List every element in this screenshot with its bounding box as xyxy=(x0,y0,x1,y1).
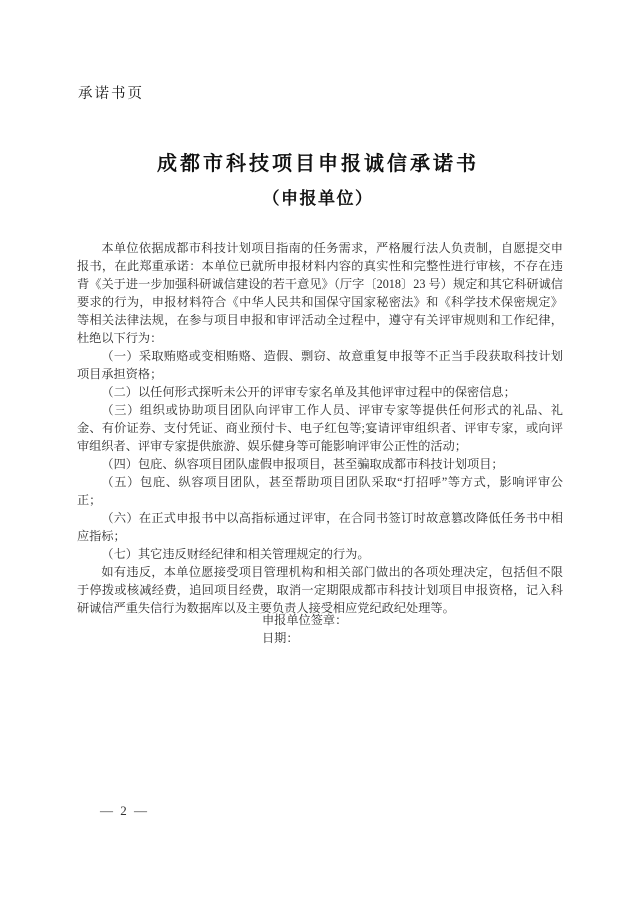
paragraph: （二）以任何形式探听未公开的评审专家名单及其他评审过程中的保密信息； xyxy=(77,383,563,401)
paragraph: （一）采取贿赂或变相贿赂、造假、剽窃、故意重复申报等不正当手段获取科技计划项目承… xyxy=(77,347,563,383)
document-page: 承诺书页 成都市科技项目申报诚信承诺书 （申报单位） 本单位依据成都市科技计划项… xyxy=(0,0,636,900)
paragraph: 如有违反，本单位愿接受项目管理机构和相关部门做出的各项处理决定，包括但不限于停拨… xyxy=(77,563,563,617)
paragraph: （三）组织或协助项目团队向评审工作人员、评审专家等提供任何形式的礼品、礼金、有价… xyxy=(77,401,563,455)
paragraph: （六）在正式申报书中以高指标通过评审，在合同书签订时故意篡改降低任务书中相应指标… xyxy=(77,509,563,545)
paragraph: （五）包庇、纵容项目团队，甚至帮助项目团队采取“打招呼”等方式，影响评审公正； xyxy=(77,473,563,509)
paragraph: 本单位依据成都市科技计划项目指南的任务需求，严格履行法人负责制，自愿提交申报书，… xyxy=(77,239,563,347)
document-subtitle: （申报单位） xyxy=(0,184,636,209)
paragraph: （七）其它违反财经纪律和相关管理规定的行为。 xyxy=(77,545,563,563)
signature-date-label: 日期： xyxy=(262,629,347,647)
document-title: 成都市科技项目申报诚信承诺书 xyxy=(0,147,636,176)
page-number: — 2 — xyxy=(100,803,149,819)
body-paragraphs: 本单位依据成都市科技计划项目指南的任务需求，严格履行法人负责制，自愿提交申报书，… xyxy=(77,239,563,617)
signature-seal-label: 申报单位签章： xyxy=(262,611,347,629)
signature-block: 申报单位签章： 日期： xyxy=(262,611,347,647)
paragraph: （四）包庇、纵容项目团队虚假申报项目，甚至骗取成都市科技计划项目； xyxy=(77,455,563,473)
page-type-label: 承诺书页 xyxy=(78,82,144,103)
